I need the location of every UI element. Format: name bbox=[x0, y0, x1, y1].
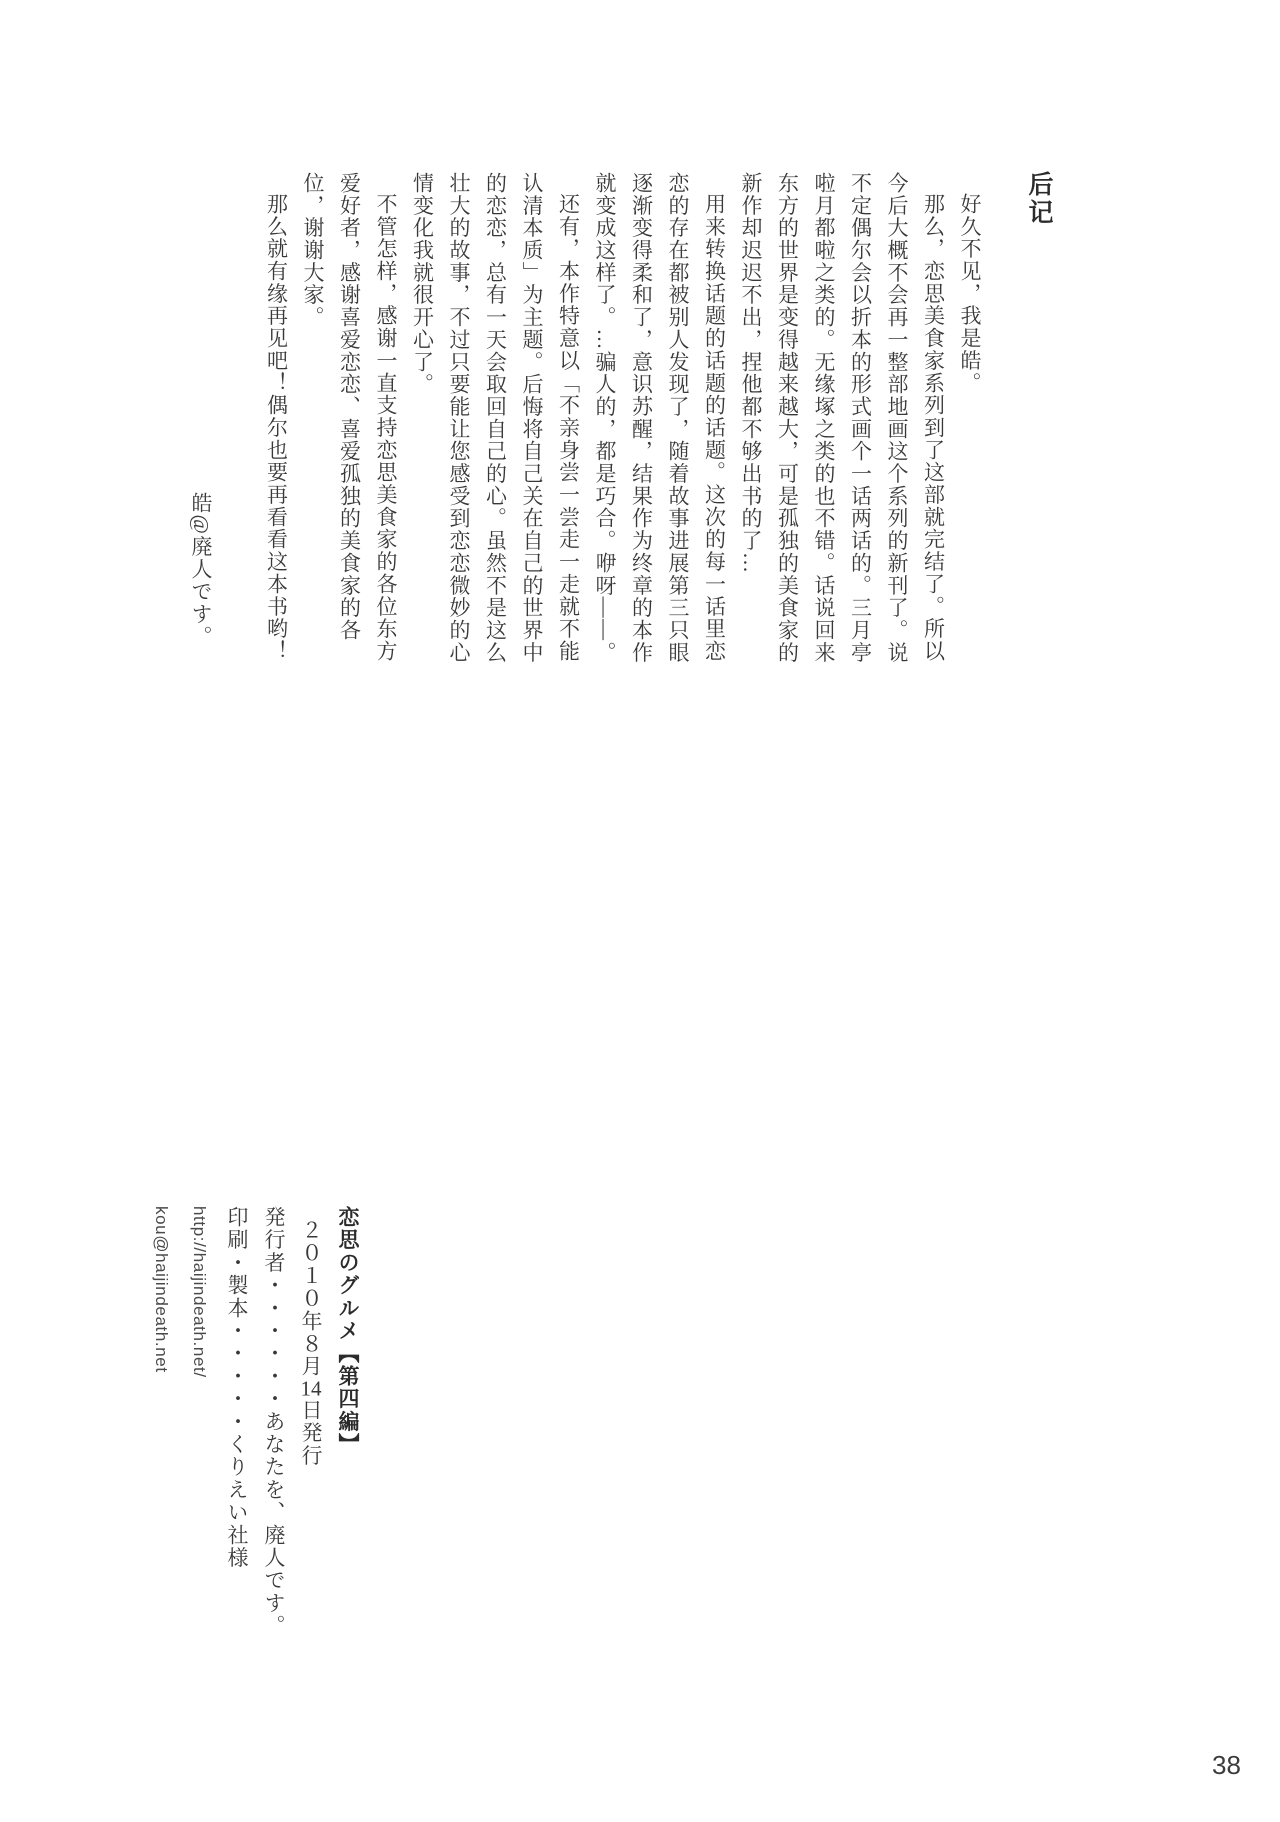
page-title: 后记 bbox=[1020, 171, 1056, 227]
colophon-book-title: 恋思のグルメ【第四編】 bbox=[329, 1206, 366, 1654]
colophon-date-day: 14 bbox=[299, 1378, 323, 1399]
afterword-paragraph: 好久不见，我是皓。 bbox=[952, 172, 989, 672]
colophon-date: ２０１０年８月14日発行 bbox=[292, 1206, 329, 1654]
afterword-paragraph: 那么，恋思美食家系列到了这部就完结了。所以今后大概不会再一整部地画这个系列的新刊… bbox=[733, 172, 952, 672]
colophon-printing-line: 印刷・製本・・・・・くりえい社様 bbox=[218, 1206, 255, 1654]
afterword-paragraph: 不管怎样，感谢一直支持恋思美食家的各位东方爱好者，感谢喜爱恋恋、喜爱孤独的美食家… bbox=[295, 172, 405, 672]
author-signature: 皓@廃人です。 bbox=[186, 492, 216, 648]
afterword-paragraph: 那么就有缘再见吧！偶尔也要再看看这本书哟！ bbox=[258, 172, 295, 672]
colophon-publisher-line: 発行者・・・・・・あなたを、廃人です。 bbox=[255, 1206, 292, 1654]
afterword-paragraph: 用来转换话题的话题的话题。这次的每一话里恋恋的存在都被别人发现了，随着故事进展第… bbox=[587, 172, 733, 672]
colophon-website: http://haijindeath.net/ bbox=[180, 1206, 218, 1654]
colophon-date-prefix: ２０１０年８月 bbox=[299, 1219, 323, 1378]
colophon: 恋思のグルメ【第四編】 ２０１０年８月14日発行 発行者・・・・・・あなたを、廃… bbox=[142, 1206, 366, 1654]
afterword-text: 好久不见，我是皓。 那么，恋思美食家系列到了这部就完结了。所以今后大概不会再一整… bbox=[258, 172, 988, 672]
colophon-email: kou@haijindeath.net bbox=[142, 1206, 180, 1654]
page-number: 38 bbox=[1212, 1750, 1241, 1781]
afterword-paragraph: 还有，本作特意以「不亲身尝一尝走一走就不能认清本质」为主题。后悔将自己关在自己的… bbox=[404, 172, 587, 672]
afterword-page: 后记 好久不见，我是皓。 那么，恋思美食家系列到了这部就完结了。所以今后大概不会… bbox=[0, 0, 1280, 1822]
colophon-date-suffix: 日発行 bbox=[299, 1399, 323, 1467]
